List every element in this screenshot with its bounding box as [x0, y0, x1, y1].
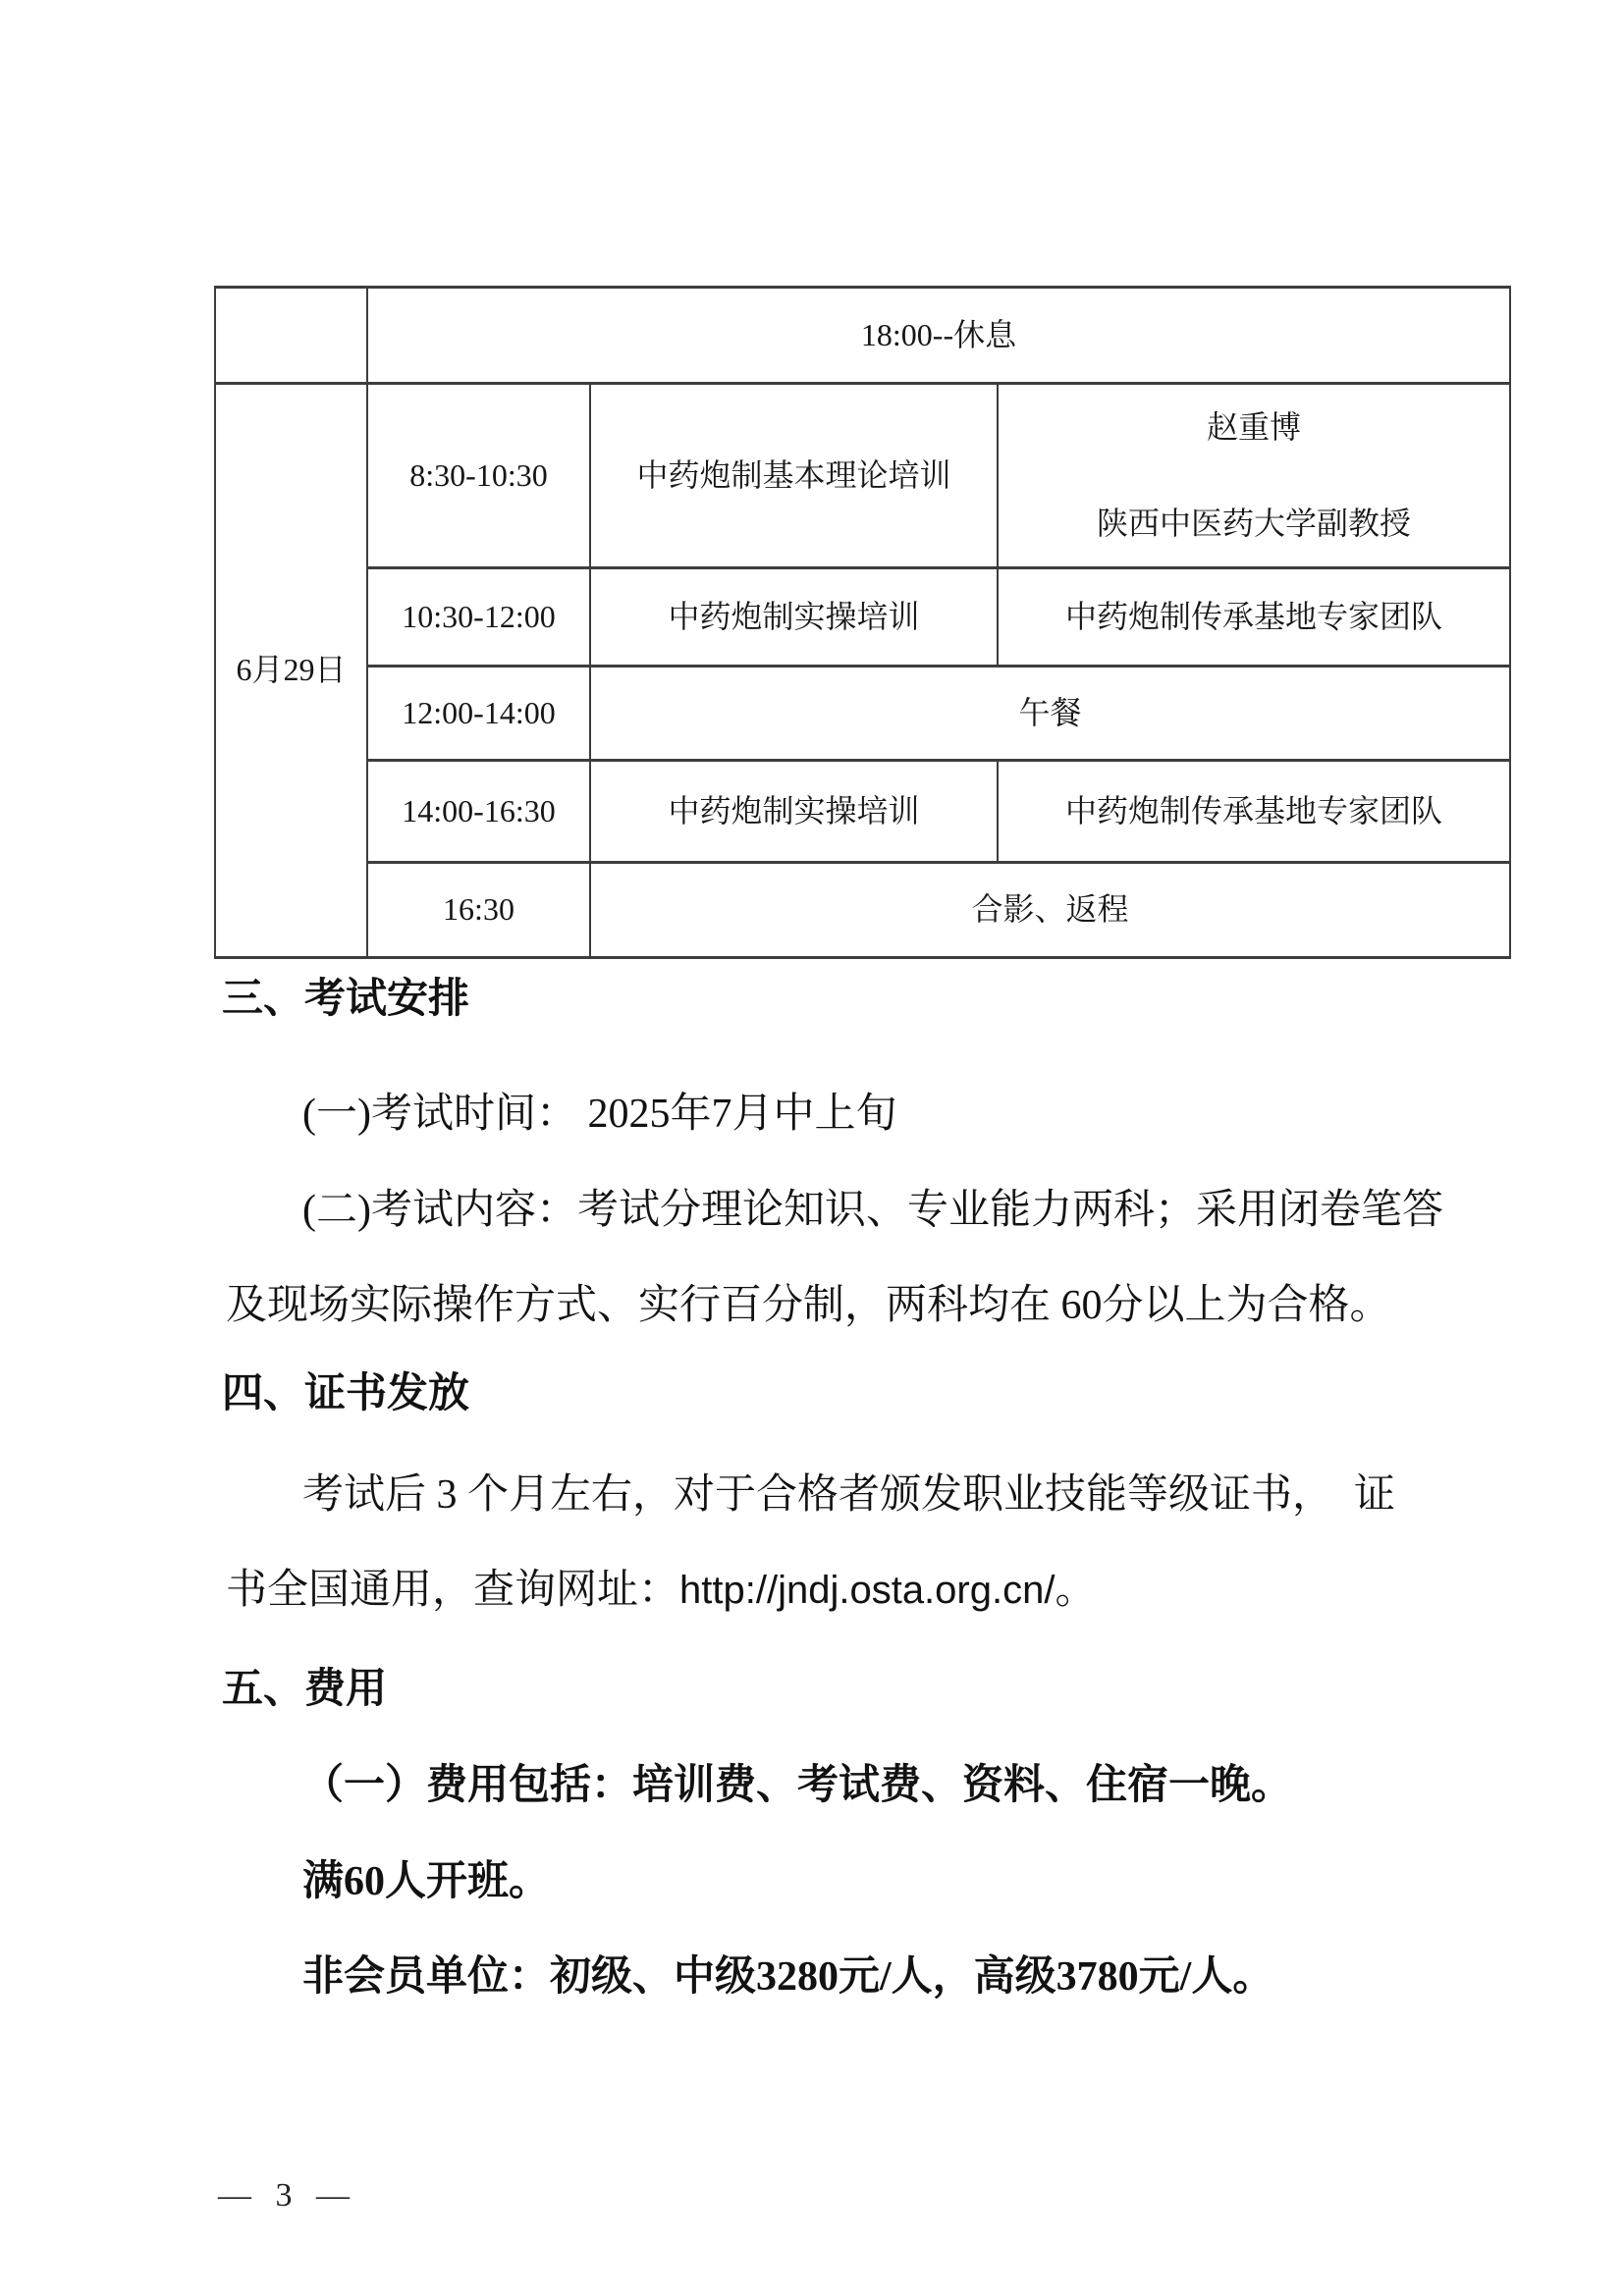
table-row-morning-theory: 6月29日 8:30-10:30 中药炮制基本理论培训 赵重博 陕西中医药大学副… [215, 384, 1510, 568]
instructor-title: 陕西中医药大学副教授 [1004, 503, 1503, 545]
empty-date-cell [215, 288, 367, 384]
instructor-cell: 赵重博 陕西中医药大学副教授 [998, 384, 1510, 568]
section-heading-exam-arrangement: 三、考试安排 [222, 951, 469, 1047]
time-cell: 8:30-10:30 [367, 384, 590, 568]
fee-include-line: （一）费用包括：培训费、考试费、资料、住宿一晚。 [302, 1737, 1292, 1834]
section-heading-fees: 五、费用 [222, 1641, 387, 1737]
time-cell: 10:30-12:00 [367, 568, 590, 667]
instructor-cell: 中药炮制传承基地专家团队 [998, 568, 1510, 667]
closing-cell: 合影、返程 [590, 863, 1510, 958]
certificate-line-2-prefix: 书全国通用，查询网址： [226, 1568, 679, 1613]
session-cell: 中药炮制实操培训 [590, 761, 998, 863]
certificate-line-2-suffix: 。 [1055, 1568, 1096, 1613]
date-cell: 6月29日 [215, 384, 367, 958]
certificate-line-2: 书全国通用，查询网址：http://jndj.osta.org.cn/。 [226, 1542, 1096, 1638]
certificate-query-url: http://jndj.osta.org.cn/ [679, 1569, 1055, 1612]
fee-class-size-line: 满60人开班。 [302, 1834, 550, 1930]
table-row-lunch: 12:00-14:00 午餐 [215, 667, 1510, 761]
table-row-rest: 18:00--休息 [215, 288, 1510, 384]
rest-row-cell: 18:00--休息 [367, 288, 1510, 384]
exam-time-line: (一)考试时间： 2025年7月中上旬 [302, 1066, 896, 1162]
exam-content-line-1: (二)考试内容：考试分理论知识、专业能力两科；采用闭卷笔答 [302, 1162, 1443, 1258]
page-number: — 3 — [218, 2148, 350, 2244]
fee-price-line: 非会员单位：初级、中级3280元/人，高级3780元/人。 [302, 1929, 1273, 2025]
table-row-closing: 16:30 合影、返程 [215, 863, 1510, 958]
table-row-afternoon-practice: 14:00-16:30 中药炮制实操培训 中药炮制传承基地专家团队 [215, 761, 1510, 863]
instructor-name: 赵重博 [1004, 406, 1503, 449]
exam-content-line-2: 及现场实际操作方式、实行百分制，两科均在 60分以上为合格。 [226, 1257, 1391, 1354]
session-cell: 中药炮制基本理论培训 [590, 384, 998, 568]
instructor-cell: 中药炮制传承基地专家团队 [998, 761, 1510, 863]
certificate-line-1: 考试后 3 个月左右，对于合格者颁发职业技能等级证书， 证 [302, 1447, 1395, 1543]
time-cell: 16:30 [367, 863, 590, 958]
time-cell: 12:00-14:00 [367, 667, 590, 761]
lunch-cell: 午餐 [590, 667, 1510, 761]
time-cell: 14:00-16:30 [367, 761, 590, 863]
table-row-morning-practice: 10:30-12:00 中药炮制实操培训 中药炮制传承基地专家团队 [215, 568, 1510, 667]
session-cell: 中药炮制实操培训 [590, 568, 998, 667]
schedule-table: 18:00--休息 6月29日 8:30-10:30 中药炮制基本理论培训 赵重… [214, 286, 1511, 959]
section-heading-certificate: 四、证书发放 [222, 1346, 469, 1442]
document-page: 18:00--休息 6月29日 8:30-10:30 中药炮制基本理论培训 赵重… [0, 0, 1624, 2296]
